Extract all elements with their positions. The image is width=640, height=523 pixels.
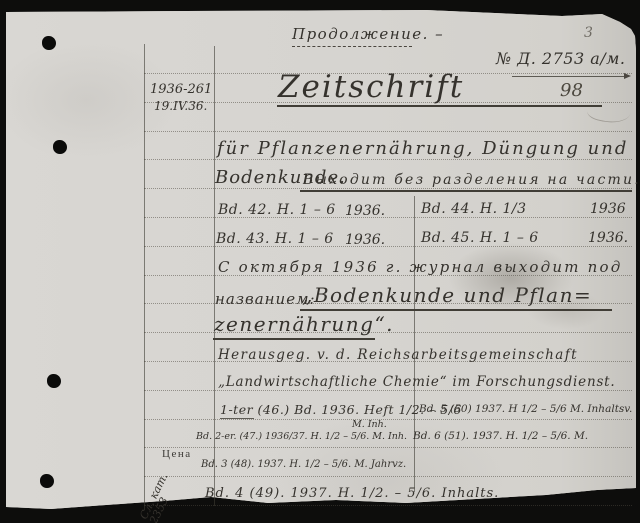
holdings-row1-left-sub: М. Inh.: [352, 420, 387, 430]
volume-row2-right: Bd. 45. H. 1 – 6: [421, 231, 539, 245]
volume-row2-left: Bd. 43. H. 1 – 6: [216, 232, 334, 246]
horizontal-rule: [144, 188, 632, 189]
horizontal-rule: [144, 476, 632, 477]
punch-hole: [40, 474, 54, 488]
vertical-rule: [414, 196, 415, 492]
rename-note-line2-prefix: названием:: [215, 292, 316, 307]
rename-note-line3-title: zenernährung“.: [214, 314, 394, 334]
volume-row1-right: Bd. 44. H. 1/3: [421, 202, 527, 216]
horizontal-rule: [144, 390, 632, 391]
horizontal-rule: [144, 131, 632, 132]
registry-underline: [512, 76, 624, 77]
horizontal-rule: [144, 505, 632, 506]
publisher-line2: „Landwirtschaftliche Chemie“ im Forschun…: [218, 376, 615, 390]
publisher-line1: Herausgeg. v. d. Reichsarbeitsgemeinscha…: [218, 349, 578, 363]
registry-underline-arrow: [624, 73, 631, 79]
subtitle-ru: Выходит без разделения на части.: [303, 173, 640, 187]
scanned-catalog-page: Продолжение. – 3 № Д. 2753 а/м. 98 1936-…: [0, 0, 640, 523]
subtitle-de-line1: für Pflanzenernährung, Düngung und: [217, 140, 628, 158]
journal-title: Zeitschrift: [278, 72, 464, 103]
price-label: Цена: [162, 449, 192, 460]
punch-hole: [47, 374, 61, 388]
continuation-underline: [292, 46, 412, 47]
vertical-rule: [144, 44, 145, 510]
horizontal-rule: [144, 159, 632, 160]
volume-row2-left-year: 1936.: [345, 233, 385, 247]
accession-line1: 1936-261: [150, 83, 212, 96]
registry-number: № Д. 2753 а/м.: [496, 51, 626, 67]
rename-title-underline2: [213, 338, 375, 340]
title-underline: [277, 105, 602, 107]
holdings-row1-right: Bd. 5 (50) 1937. H 1/2 – 5/6 М. Inhaltsv…: [419, 404, 632, 415]
rename-note-line1: С октября 1936 г. журнал выходит под: [218, 260, 622, 275]
rename-title-underline1: [300, 309, 612, 311]
holdings-row3-left: Bd. 3 (48). 1937. H. 1/2 – 5/6. М. Jahrv…: [201, 460, 406, 470]
accession-line2: 19.IV.36.: [154, 100, 207, 112]
holdings-row4-left: Bd. 4 (49). 1937. H. 1/2. – 5/6. Inhalts…: [205, 487, 499, 500]
horizontal-rule: [144, 419, 632, 420]
holdings-row1-underline: [220, 418, 254, 419]
volume-row1-left: Bd. 42. H. 1 – 6: [218, 203, 336, 217]
volume-row1-right-year: 1936: [590, 202, 626, 216]
holdings-row2-left: Bd. 2-er. (47.) 1936/37. H. 1/2 – 5/6. М…: [196, 432, 407, 442]
holdings-row2-right: Bd. 6 (51). 1937. H. 1/2 – 5/6. М.: [413, 431, 588, 442]
punch-hole: [53, 140, 67, 154]
subtitle-ru-underline: [300, 190, 632, 192]
page-number: 3: [584, 26, 593, 40]
ink-note: 98: [560, 82, 583, 100]
volume-row2-right-year: 1936.: [588, 231, 628, 245]
rename-note-line2-title: „Bodenkunde und Pflan=: [302, 285, 592, 305]
volume-row1-left-year: 1936.: [345, 204, 385, 218]
continuation-note: Продолжение. –: [292, 27, 444, 42]
punch-hole: [42, 36, 56, 50]
horizontal-rule: [144, 447, 632, 448]
